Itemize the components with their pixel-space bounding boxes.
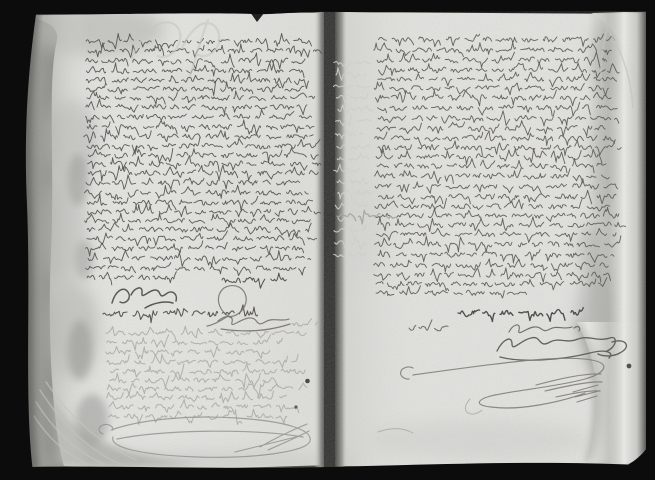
frame-right — [646, 0, 655, 480]
manuscript-svg — [0, 0, 655, 480]
manuscript-scan-viewport — [0, 0, 655, 480]
paper-grain-overlay — [18, 11, 648, 469]
